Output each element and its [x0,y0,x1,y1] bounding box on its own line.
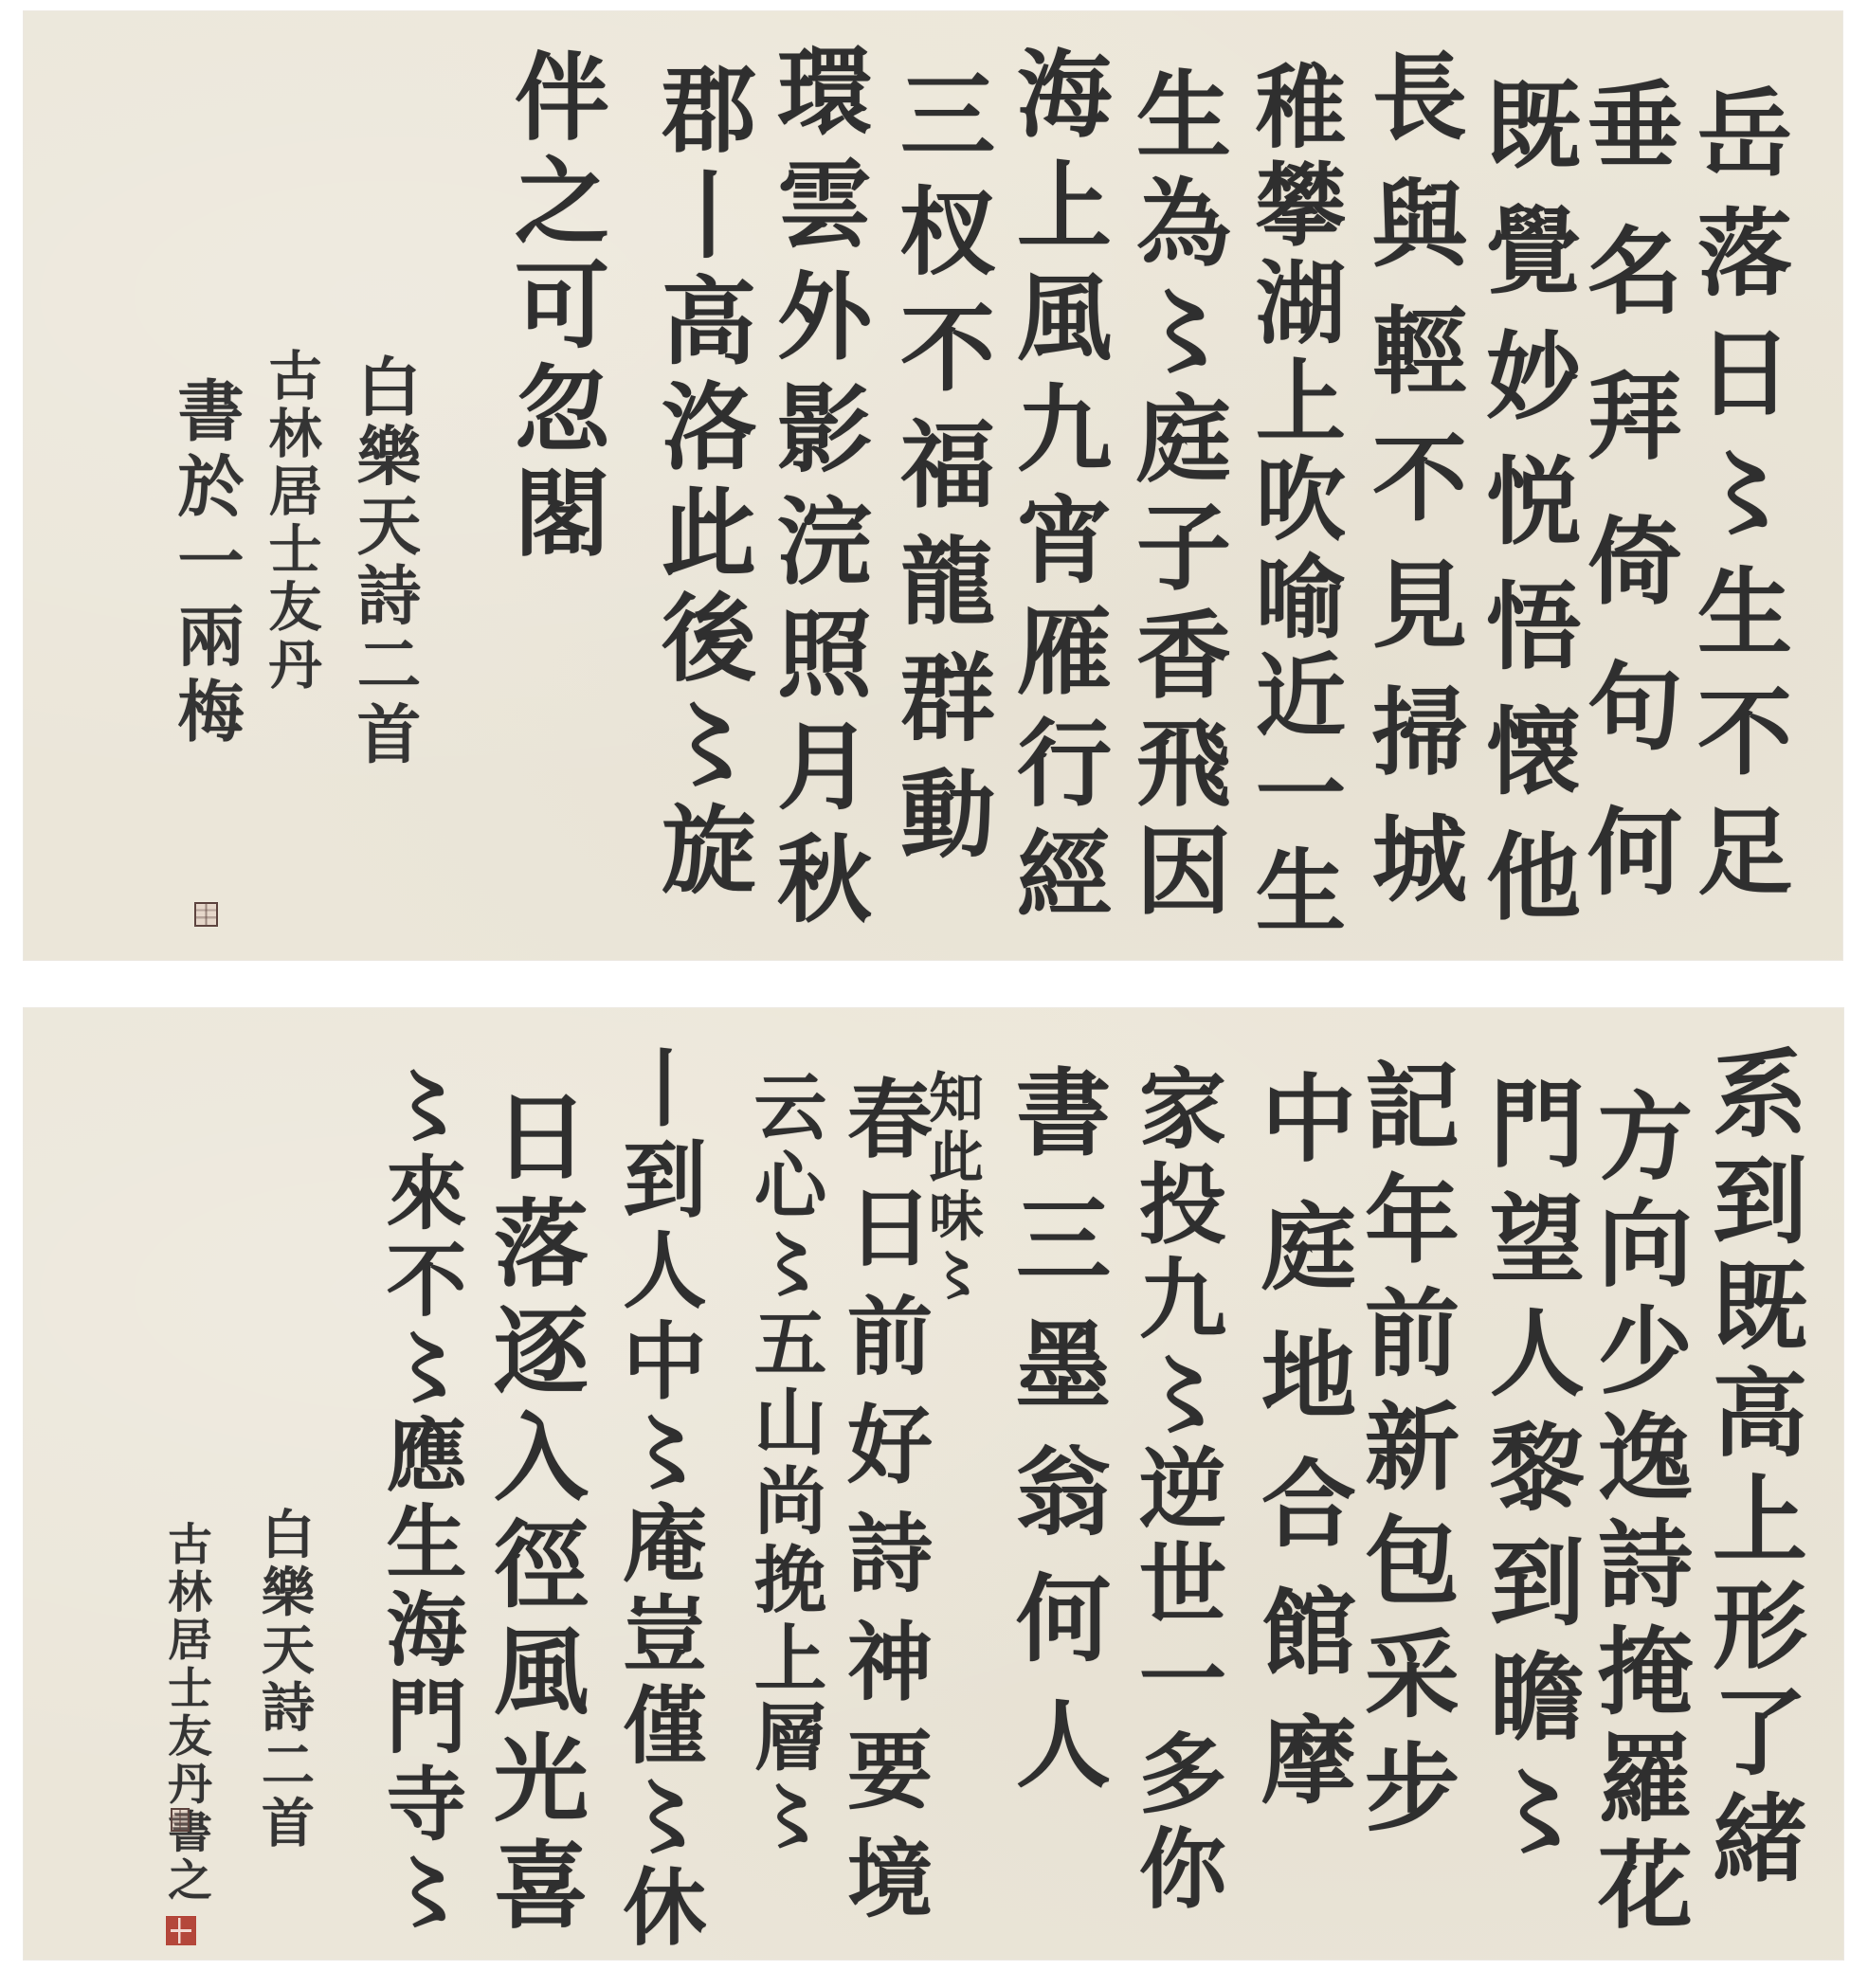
calligraphy-column: 家投九〻逆世一多你 [1124,1063,1228,1918]
inscription-column: 白樂天詩二首 [246,1507,322,1852]
calligraphy-column: 記年前新包采步 [1352,1057,1457,1852]
calligraphy-column: 系到既高上形了緒 [1700,1044,1805,1895]
calligraphy-column: 日落逐入徑風光喜 [481,1087,586,1943]
calligraphy-column: 丨到人中〻庵豈僅〻休 [607,1044,711,1955]
calligraphy-column: 〻來不〻應生海門寺〻 [368,1063,472,1937]
seal-icon [166,1916,196,1945]
inscription-column: 古林居士友丹 [253,348,329,695]
calligraphy-column: 稚攀湖上吹喻近一生 [1241,60,1345,942]
inscription-column: 古林居士友丹書之 [149,1521,225,1905]
calligraphy-column: 垂名拜倚句何 [1575,76,1679,948]
calligraphy-panel-upper: 岳落日〻生不足 垂名拜倚句何 既覺妙悦悟懐他 長與輕不見掃城 稚攀湖上吹喻近一生… [24,11,1842,960]
calligraphy-column: 既覺妙悦悟懐他 [1474,76,1578,952]
calligraphy-column: 岳落日〻生不足 [1685,83,1789,922]
calligraphy-column: 春日前好詩神要境 [830,1075,934,1943]
calligraphy-column: 伴之可忽閣 [502,47,607,568]
calligraphy-column: 生為〻庭子香飛因 [1124,65,1228,930]
calligraphy-column: 環雲外影浣照月秋 [765,42,869,942]
seal-icon [171,1808,190,1832]
inscription-column: 白樂天詩二首 [346,353,422,770]
calligraphy-panel-lower: 系到既高上形了緒 方向少逸詩掩羅花 門望人黎到瞻〻 記年前新包采步 中庭地合館摩… [24,1008,1843,1960]
calligraphy-column: 海上風九宵雁行經 [1005,45,1109,936]
seal-icon [194,902,218,927]
calligraphy-column: 云心〻五山尚挽上層〻 [732,1069,836,1857]
calligraphy-column: 方向少逸詩掩羅花 [1586,1087,1690,1943]
calligraphy-column: 門望人黎到瞻〻 [1478,1075,1582,1876]
calligraphy-column: 三杈不福龍群動 [888,65,992,881]
calligraphy-column: 書三墨翁何人 [1004,1063,1108,1821]
inscription-column: 書於一兩梅 [168,376,244,751]
calligraphy-column: 郡丨高洛此後〻旋 [649,60,753,906]
calligraphy-column: 中庭地合館摩 [1249,1069,1353,1839]
calligraphy-column: 長與輕不見掃城 [1360,47,1464,936]
